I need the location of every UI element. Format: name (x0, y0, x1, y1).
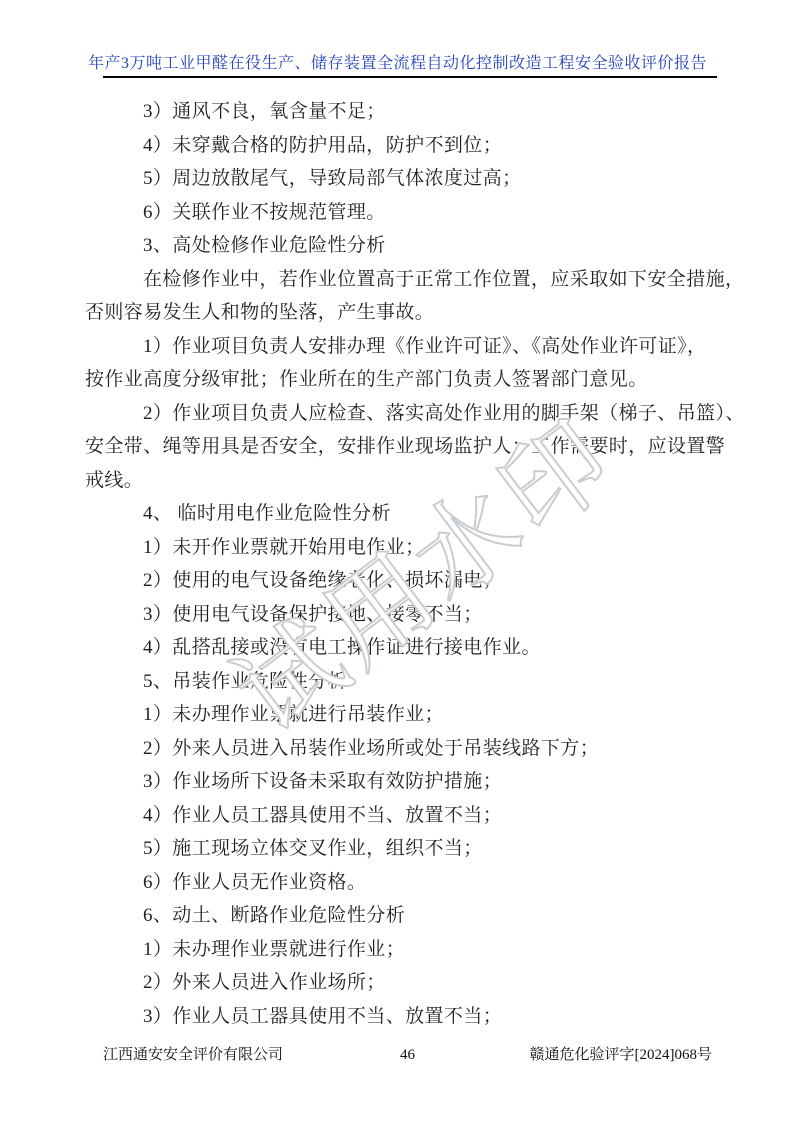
document-body: 3）通风不良，氧含量不足；4）未穿戴合格的防护用品，防护不到位；5）周边放散尾气… (85, 95, 717, 1033)
body-line: 否则容易发生人和物的坠落，产生事故。 (85, 296, 717, 330)
header-title: 年产3万吨工业甲醛在役生产、储存装置全流程自动化控制改造工程安全验收评价报告 (85, 54, 710, 74)
body-line: 6、动土、断路作业危险性分析 (85, 899, 717, 933)
header-rule (103, 76, 717, 78)
body-line: 安全带、绳等用具是否安全，安排作业现场监护人；工作需要时，应设置警 (85, 430, 717, 464)
body-line: 6）关联作业不按规范管理。 (85, 196, 717, 230)
body-line: 4、 临时用电作业危险性分析 (85, 497, 717, 531)
body-line: 1）未办理作业票就进行吊装作业； (85, 698, 717, 732)
body-line: 戒线。 (85, 464, 717, 498)
footer-doc-number: 赣通危化验评字[2024]068号 (438, 1044, 713, 1066)
body-line: 2）外来人员进入作业场所； (85, 966, 717, 1000)
body-line: 4）作业人员工器具使用不当、放置不当； (85, 799, 717, 833)
body-line: 5）施工现场立体交叉作业，组织不当； (85, 832, 717, 866)
footer-company: 江西通安安全评价有限公司 (85, 1044, 378, 1066)
body-line: 2）外来人员进入吊装作业场所或处于吊装线路下方； (85, 732, 717, 766)
body-line: 4）乱搭乱接或没有电工操作证进行接电作业。 (85, 631, 717, 665)
footer-page-number: 46 (378, 1044, 438, 1066)
body-line: 3）使用电气设备保护接地、接零不当； (85, 598, 717, 632)
page-footer: 江西通安安全评价有限公司 46 赣通危化验评字[2024]068号 (85, 1044, 712, 1066)
body-line: 1）未开作业票就开始用电作业； (85, 531, 717, 565)
body-line: 4）未穿戴合格的防护用品，防护不到位； (85, 129, 717, 163)
body-line: 5、吊装作业危险性分析 (85, 665, 717, 699)
body-line: 3）通风不良，氧含量不足； (85, 95, 717, 129)
body-line: 2）作业项目负责人应检查、落实高处作业用的脚手架（梯子、吊篮）、 (85, 397, 717, 431)
body-line: 2）使用的电气设备绝缘老化、损坏漏电； (85, 564, 717, 598)
body-line: 6）作业人员无作业资格。 (85, 866, 717, 900)
body-line: 3、高处检修作业危险性分析 (85, 229, 717, 263)
body-line: 3）作业场所下设备未采取有效防护措施； (85, 765, 717, 799)
body-line: 5）周边放散尾气，导致局部气体浓度过高； (85, 162, 717, 196)
body-line: 按作业高度分级审批；作业所在的生产部门负责人签署部门意见。 (85, 363, 717, 397)
document-page: 年产3万吨工业甲醛在役生产、储存装置全流程自动化控制改造工程安全验收评价报告 3… (0, 0, 793, 1122)
body-line: 3）作业人员工器具使用不当、放置不当； (85, 1000, 717, 1034)
body-line: 1）作业项目负责人安排办理《作业许可证》、《高处作业许可证》， (85, 330, 717, 364)
body-line: 在检修作业中，若作业位置高于正常工作位置，应采取如下安全措施， (85, 263, 717, 297)
body-line: 1）未办理作业票就进行作业； (85, 933, 717, 967)
